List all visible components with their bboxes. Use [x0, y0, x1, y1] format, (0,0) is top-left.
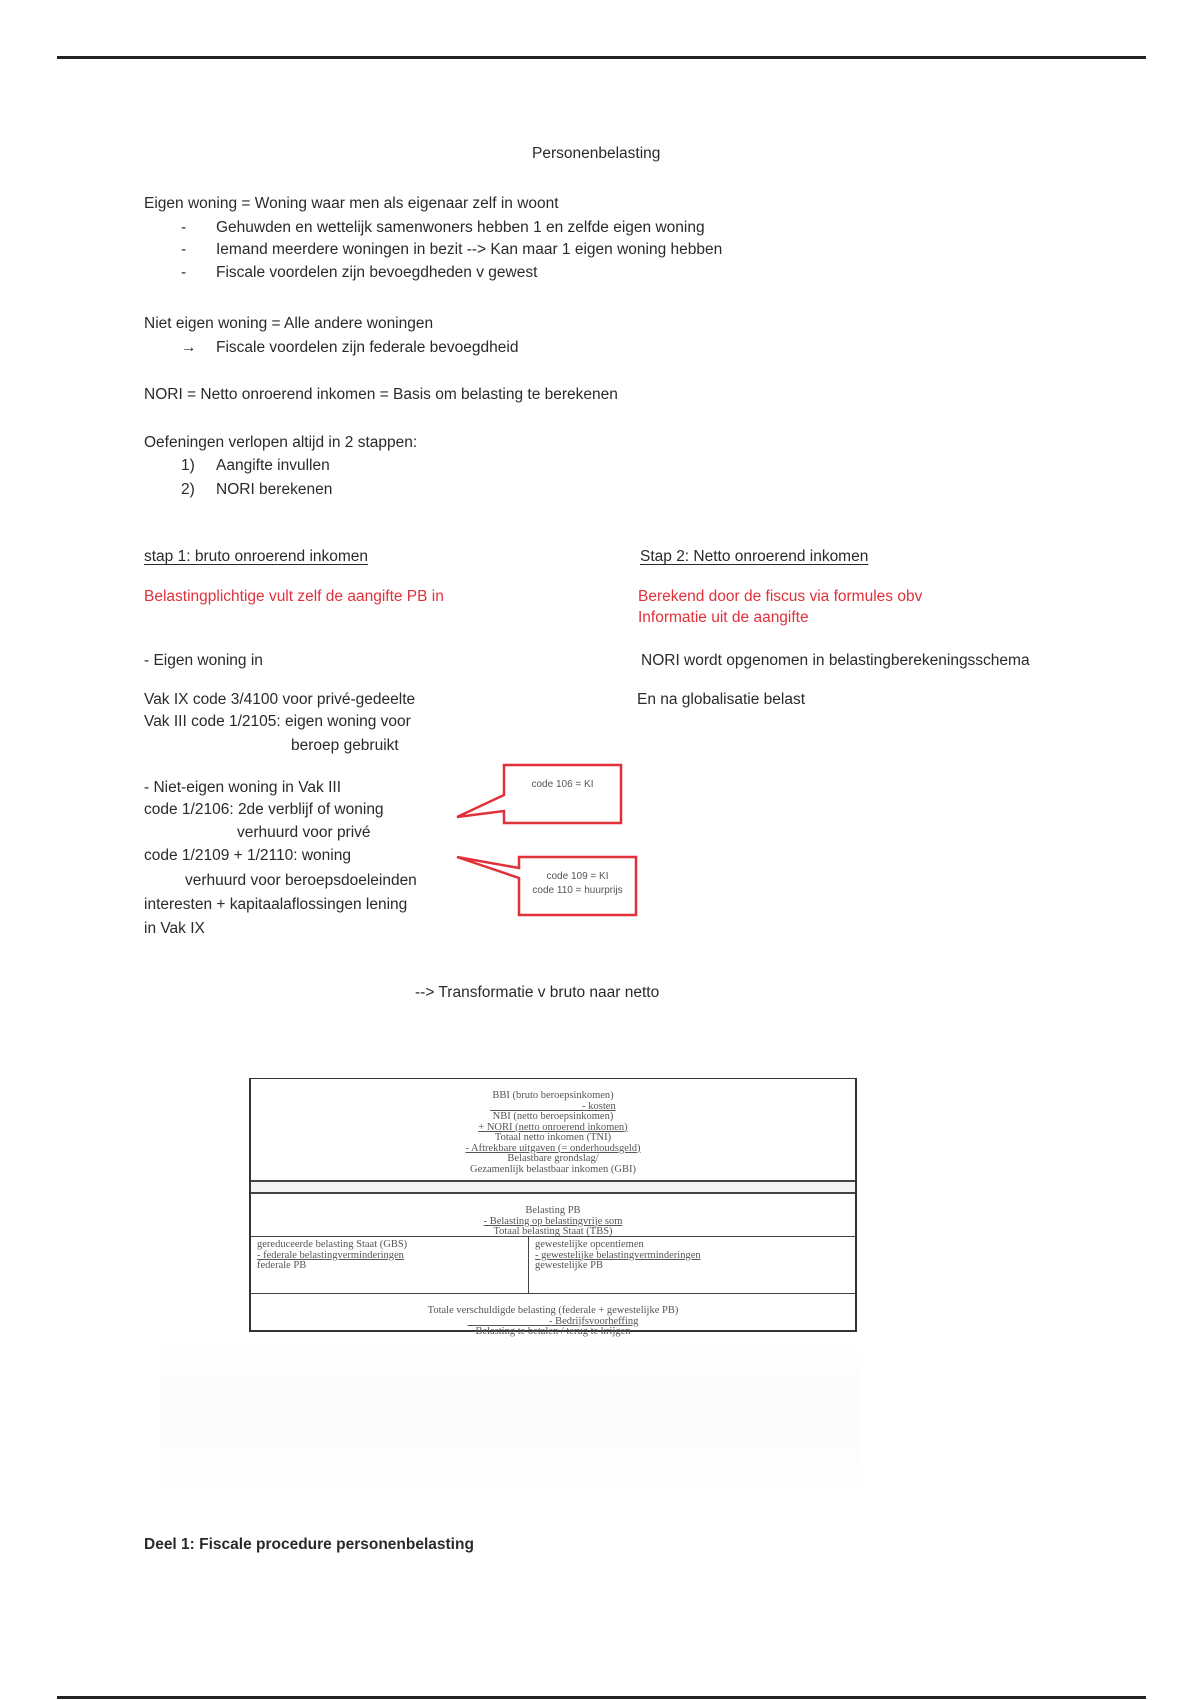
stap1-line: interesten + kapitaalaflossingen lening [144, 895, 407, 915]
stap1-line: Vak IX code 3/4100 voor privé-gedeelte [144, 690, 415, 710]
list-number: 1) [181, 456, 195, 476]
arrow-right-icon: → [181, 338, 197, 358]
image-background [160, 1340, 860, 1500]
schema-line: gewestelijke PB [535, 1261, 849, 1272]
list-item: 2) NORI berekenen [181, 480, 581, 500]
stap1-line: verhuurd voor beroepsdoeleinden [185, 871, 417, 891]
callout-1: code 106 = KI [504, 778, 621, 792]
schema-line: Gezamenlijk belastbaar inkomen (GBI) [251, 1165, 855, 1176]
stap1-line: in Vak IX [144, 919, 205, 939]
schema-section-income: BBI (bruto beroepsinkomen)______________… [251, 1079, 855, 1181]
stap2-red-note: Informatie uit de aangifte [638, 608, 809, 628]
schema-double-divider [251, 1180, 855, 1194]
stap2-line: NORI wordt opgenomen in belastingbereken… [641, 651, 1030, 671]
list-item: - Iemand meerdere woningen in bezit --> … [181, 240, 881, 260]
list-item: 1) Aangifte invullen [181, 456, 581, 476]
stap1-line: code 1/2109 + 1/2110: woning [144, 846, 351, 866]
schema-line: federale PB [257, 1261, 522, 1272]
callout-group: code 106 = KI code 109 = KI code 110 = h… [440, 750, 660, 930]
callout-2: code 109 = KI code 110 = huurprijs [519, 870, 636, 898]
bullet-dash: - [181, 263, 186, 283]
tax-calculation-schema: BBI (bruto beroepsinkomen)______________… [249, 1078, 857, 1332]
callout-shapes [440, 750, 660, 930]
stap1-heading: stap 1: bruto onroerend inkomen [144, 547, 368, 567]
stap1-red-note: Belastingplichtige vult zelf de aangifte… [144, 587, 444, 607]
transformatie-line: --> Transformatie v bruto naar netto [415, 983, 659, 1003]
stap2-line: En na globalisatie belast [637, 690, 805, 710]
stap1-line: Vak III code 1/2105: eigen woning voor [144, 712, 411, 732]
stap2-red-note: Berekend door de fiscus via formules obv [638, 587, 922, 607]
list-item: - Gehuwden en wettelijk samenwoners hebb… [181, 218, 881, 238]
schema-section-tax: Belasting PB- Belasting op belastingvrij… [251, 1194, 855, 1236]
nori-definition: NORI = Netto onroerend inkomen = Basis o… [144, 385, 618, 405]
bullet-dash: - [181, 218, 186, 238]
stap1-line: verhuurd voor privé [237, 823, 371, 843]
stap1-line: - Niet-eigen woning in Vak III [144, 778, 341, 798]
schema-regional-column: gewestelijke opcentiemen- gewestelijke b… [529, 1237, 855, 1294]
schema-section-split: gereduceerde belasting Staat (GBS)- fede… [251, 1236, 855, 1294]
schema-federal-column: gereduceerde belasting Staat (GBS)- fede… [251, 1237, 529, 1294]
list-number: 2) [181, 480, 195, 500]
schema-section-total: Totale verschuldigde belasting (federale… [251, 1293, 855, 1330]
bullet-dash: - [181, 240, 186, 260]
stap1-line: code 1/2106: 2de verblijf of woning [144, 800, 384, 820]
list-item: → Fiscale voordelen zijn federale bevoeg… [181, 338, 881, 358]
eigen-woning-in: - Eigen woning in [144, 651, 263, 671]
footer-rule [57, 1696, 1146, 1699]
deel1-heading: Deel 1: Fiscale procedure personenbelast… [144, 1535, 474, 1555]
oefeningen-heading: Oefeningen verlopen altijd in 2 stappen: [144, 433, 417, 453]
niet-eigen-woning-heading: Niet eigen woning = Alle andere woningen [144, 314, 433, 334]
schema-line: Belasting te betalen / terug te krijgen [251, 1327, 855, 1338]
stap1-line: beroep gebruikt [291, 736, 399, 756]
stap2-heading: Stap 2: Netto onroerend inkomen [640, 547, 868, 567]
page-title: Personenbelasting [532, 144, 660, 164]
header-rule [57, 56, 1146, 59]
list-item: - Fiscale voordelen zijn bevoegdheden v … [181, 263, 881, 283]
eigen-woning-heading: Eigen woning = Woning waar men als eigen… [144, 194, 559, 214]
